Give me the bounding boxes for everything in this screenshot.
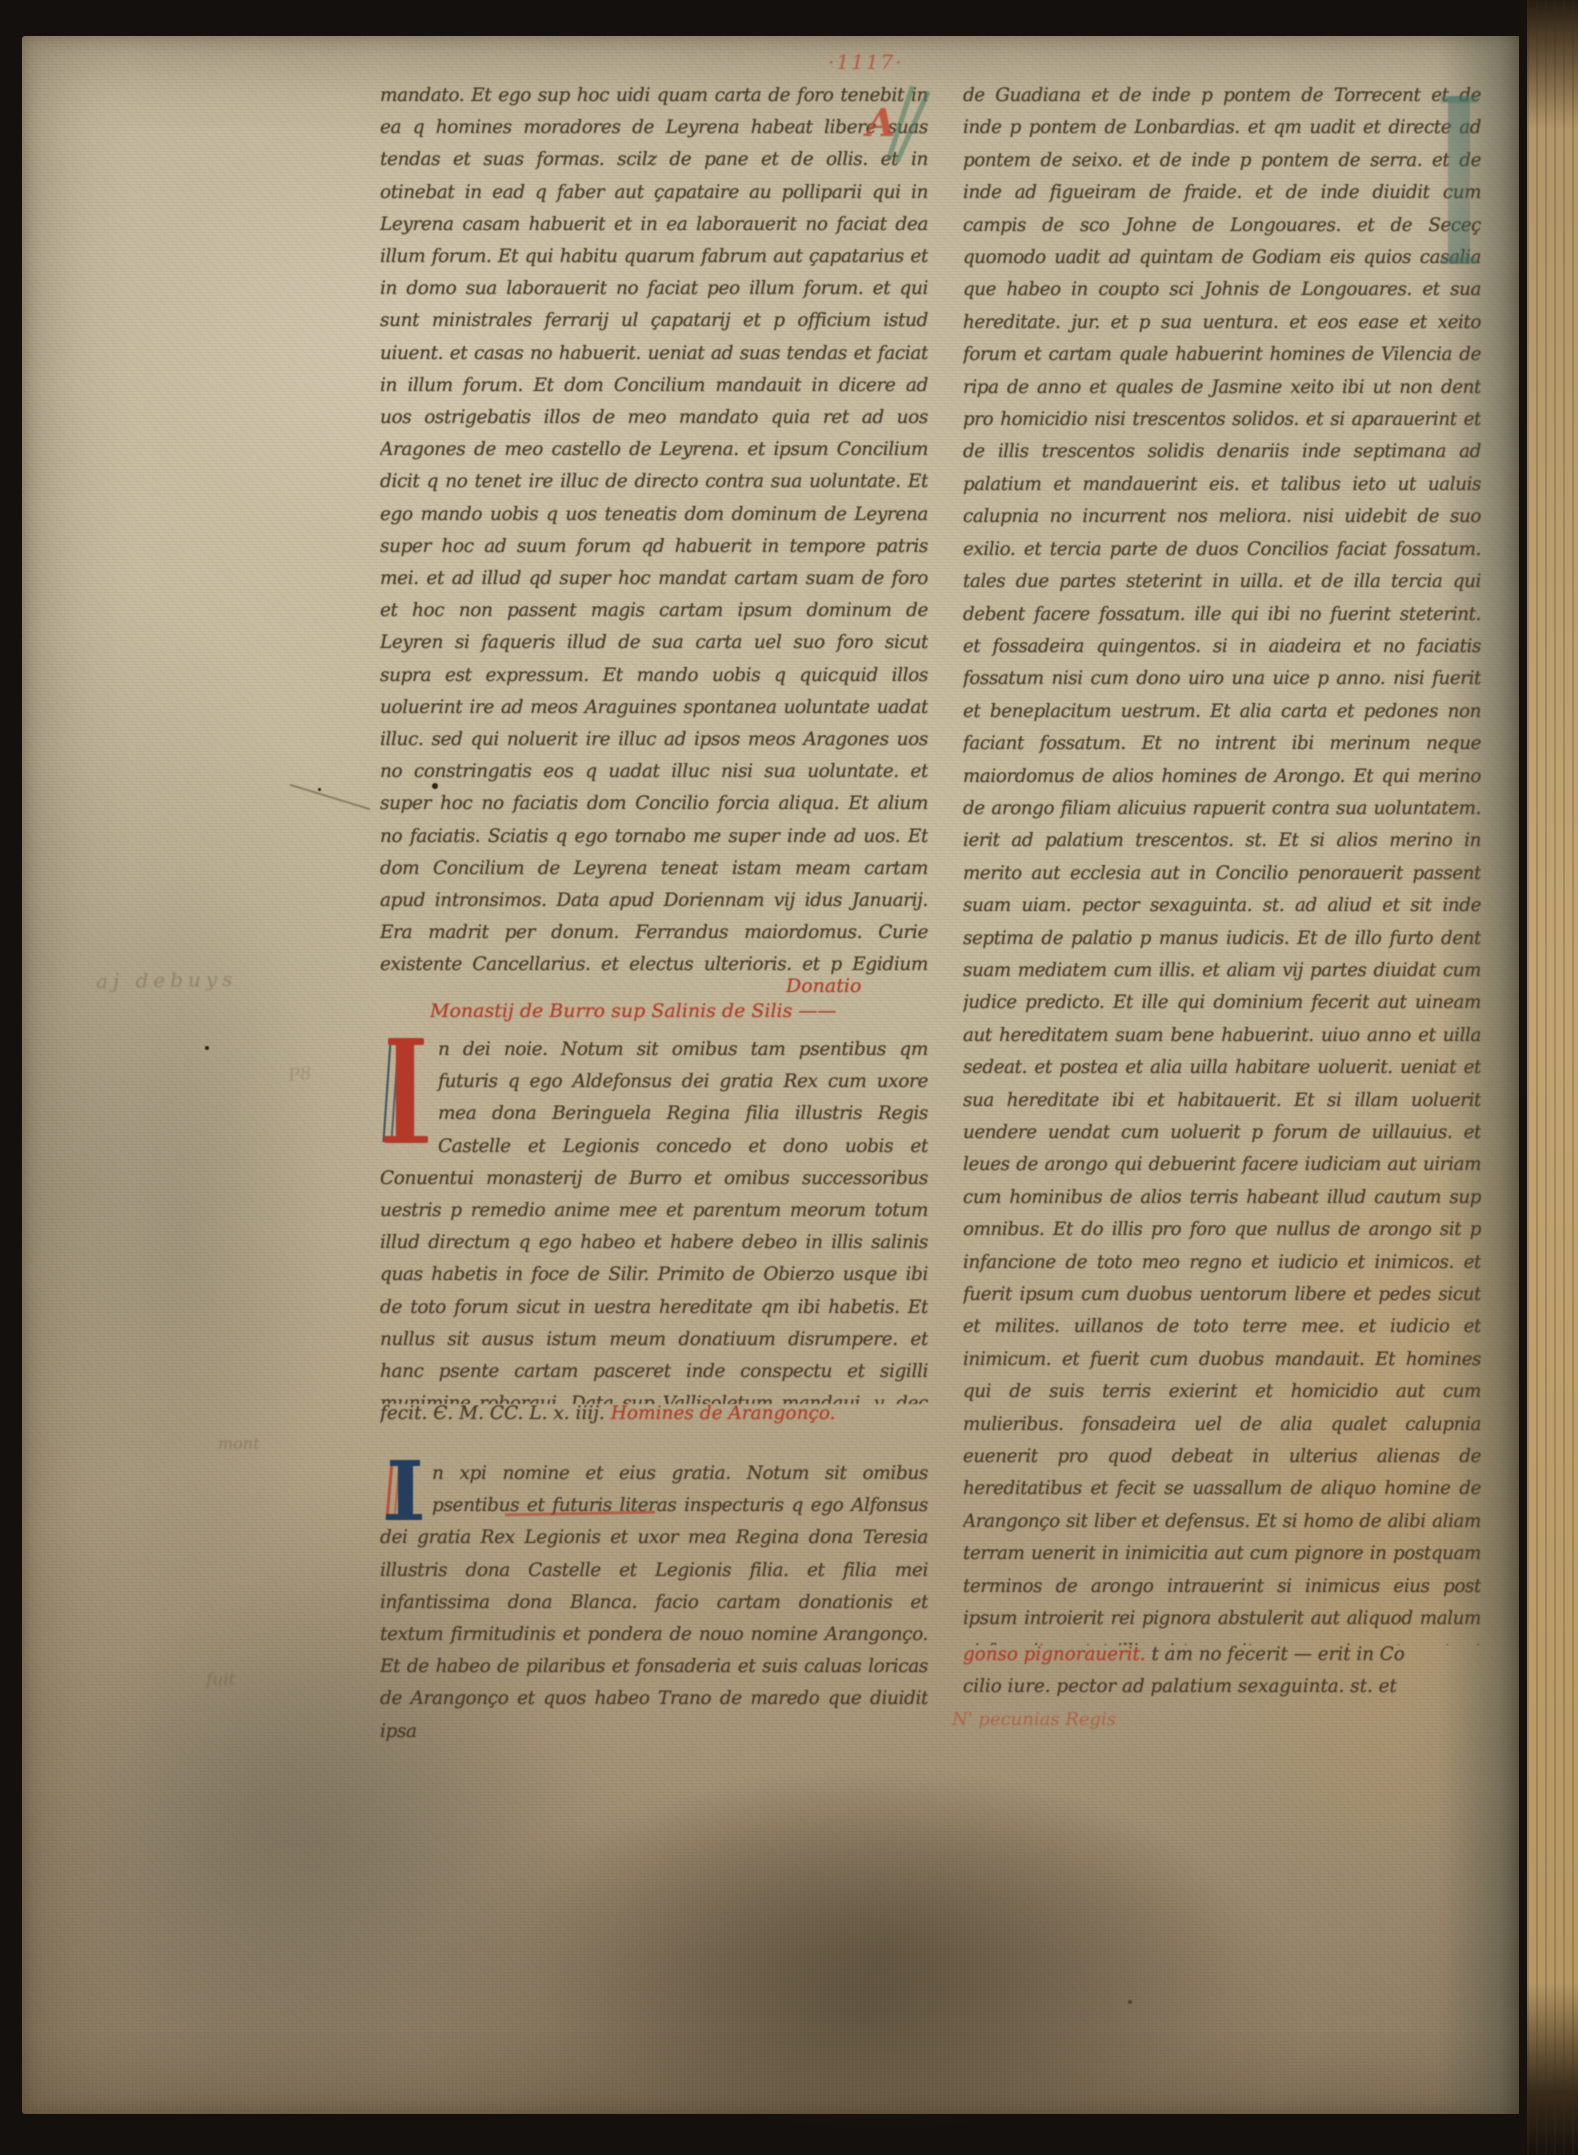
red-final-line: N' pecunias Regis: [952, 1709, 1116, 1730]
after-red-text: t am no fecerit — erit in Co: [1146, 1644, 1405, 1665]
margin-note-fuit: fuit: [206, 1670, 236, 1690]
folio-number: ·1117·: [828, 50, 904, 74]
decorated-initial-red-i: [380, 1038, 428, 1146]
margin-doodle-p8: P8: [287, 1062, 313, 1086]
ink-spot: [205, 1046, 209, 1050]
left-block3-text: n xpi nomine et eius gratia. Notum sit o…: [380, 1463, 928, 1742]
stain-bottom-center: [522, 1766, 1242, 2136]
margin-note-debuys: aj debuys: [96, 967, 238, 993]
margin-note-mont: mont: [218, 1434, 260, 1453]
left-column-text-block2: n dei noie. Notum sit omibus tam psentib…: [380, 1034, 928, 1404]
rubric-line-monastery: Monastij de Burro sup Salinis de Silis —…: [430, 1000, 928, 1022]
red-inline-gonso: gonso pignorauerit.: [963, 1644, 1146, 1665]
right-column-mixed-line: gonso pignorauerit. t am no fecerit — er…: [963, 1644, 1481, 1665]
era-date-text: fecit. Є. M. CC. L. x. iiij.: [380, 1403, 611, 1424]
era-and-rubric-line: fecit. Є. M. CC. L. x. iiij. Homines de …: [380, 1403, 928, 1424]
left-column-text-block1: mandato. Et ego sup hoc uidi quam carta …: [380, 80, 928, 976]
ink-spot: [432, 783, 438, 789]
red-green-paraph-mark: A: [864, 82, 934, 168]
paraph-letter: A: [866, 100, 895, 145]
manuscript-photo: ·1117· mandato. Et ego sup hoc uidi quam…: [0, 0, 1578, 2155]
right-column-text-block1: de Guadiana et de inde p pontem de Torre…: [963, 80, 1481, 1645]
ink-spot: [318, 788, 321, 791]
ink-spot: [1128, 2000, 1132, 2004]
faded-teal-initial-i: [1448, 96, 1470, 264]
left-column-text-block3: n xpi nomine et eius gratia. Notum sit o…: [380, 1458, 928, 1742]
decorated-initial-blue-i: [380, 1460, 424, 1522]
left-block2-text: n dei noie. Notum sit omibus tam psentib…: [380, 1039, 928, 1404]
rubric-homines-arangonco: Homines de Arangonço.: [611, 1403, 836, 1424]
right-column-last-line: cilio iure. pector ad palatium sexaguint…: [963, 1676, 1481, 1697]
rubric-donatio-word: Donatio: [786, 975, 861, 997]
page-gap: [1519, 0, 1527, 2155]
next-page-edge: [1527, 0, 1578, 2155]
